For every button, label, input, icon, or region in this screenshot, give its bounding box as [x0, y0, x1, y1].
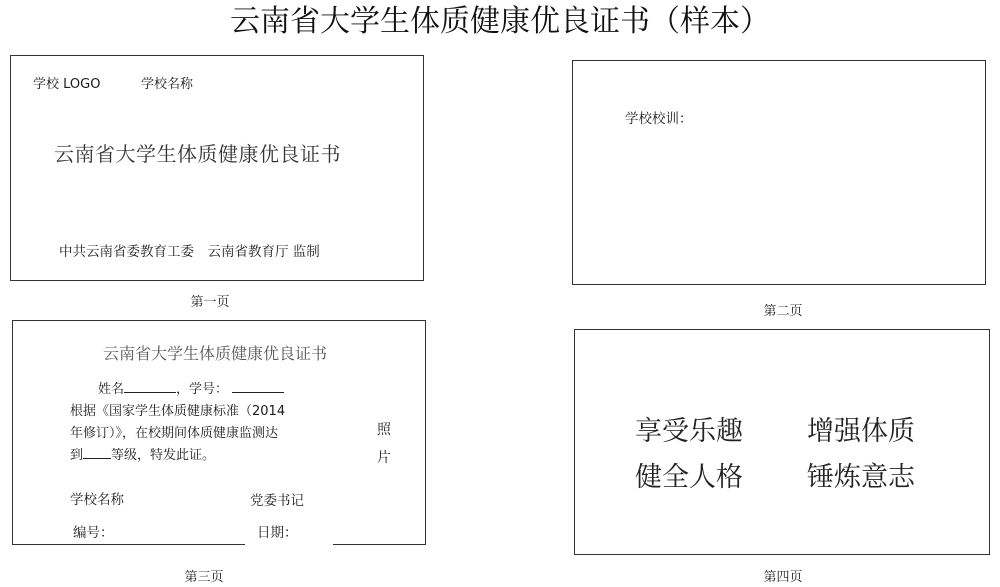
- body-line-3-suffix: 等级，特发此证。: [111, 448, 215, 463]
- grade-blank: [83, 446, 111, 459]
- slogan-4: 锤炼意志: [807, 455, 915, 494]
- student-id-label: ，学号：: [176, 382, 228, 397]
- document-title: 云南省大学生体质健康优良证书（样本）: [0, 2, 1000, 42]
- slogan-3: 健全人格: [635, 455, 743, 494]
- date-label: 日期：: [257, 521, 298, 541]
- school-name-placeholder: 学校名称: [141, 73, 193, 92]
- slogan-1: 享受乐趣: [635, 409, 743, 448]
- slogan-2: 增强体质: [807, 409, 915, 448]
- name-blank: [124, 380, 176, 393]
- page-3-caption: 第三页: [164, 566, 244, 585]
- number-label: 编号：: [73, 521, 114, 541]
- body-line-3-prefix: 到: [70, 448, 83, 463]
- school-motto-label: 学校校训：: [625, 107, 693, 127]
- certificate-page-2: 学校校训：: [572, 60, 986, 285]
- body-line-3: 到等级，特发此证。: [70, 445, 285, 467]
- party-secretary-label: 党委书记: [250, 489, 304, 509]
- page-2-caption: 第二页: [743, 300, 823, 319]
- school-name-label: 学校名称: [70, 488, 124, 508]
- bottom-border-right: [333, 544, 426, 545]
- page-4-caption: 第四页: [743, 566, 823, 585]
- school-logo-placeholder: 学校 LOGO: [33, 73, 100, 92]
- certificate-page-1: 学校 LOGO 学校名称 云南省大学生体质健康优良证书 中共云南省委教育工委 云…: [10, 55, 424, 281]
- certificate-title: 云南省大学生体质健康优良证书: [54, 138, 341, 167]
- certificate-title: 云南省大学生体质健康优良证书: [103, 341, 327, 364]
- body-line-2: 年修订）》，在校期间体质健康监测达: [70, 423, 285, 445]
- photo-placeholder: 照片: [377, 416, 393, 472]
- body-line-1: 根据《国家学生体质健康标准（2014: [70, 401, 285, 423]
- certificate-page-4: 享受乐趣 增强体质 健全人格 锤炼意志: [574, 329, 990, 555]
- supervision-line: 中共云南省委教育工委 云南省教育厅 监制: [59, 240, 320, 260]
- student-id-blank: [232, 380, 284, 393]
- certificate-body: 姓名，学号： 根据《国家学生体质健康标准（2014 年修订）》，在校期间体质健康…: [70, 379, 285, 467]
- name-label: 姓名: [98, 382, 124, 397]
- certificate-page-3: 云南省大学生体质健康优良证书 姓名，学号： 根据《国家学生体质健康标准（2014…: [12, 320, 426, 545]
- name-id-line: 姓名，学号：: [70, 379, 285, 401]
- bottom-border-left: [12, 544, 245, 545]
- page-1-caption: 第一页: [170, 291, 250, 310]
